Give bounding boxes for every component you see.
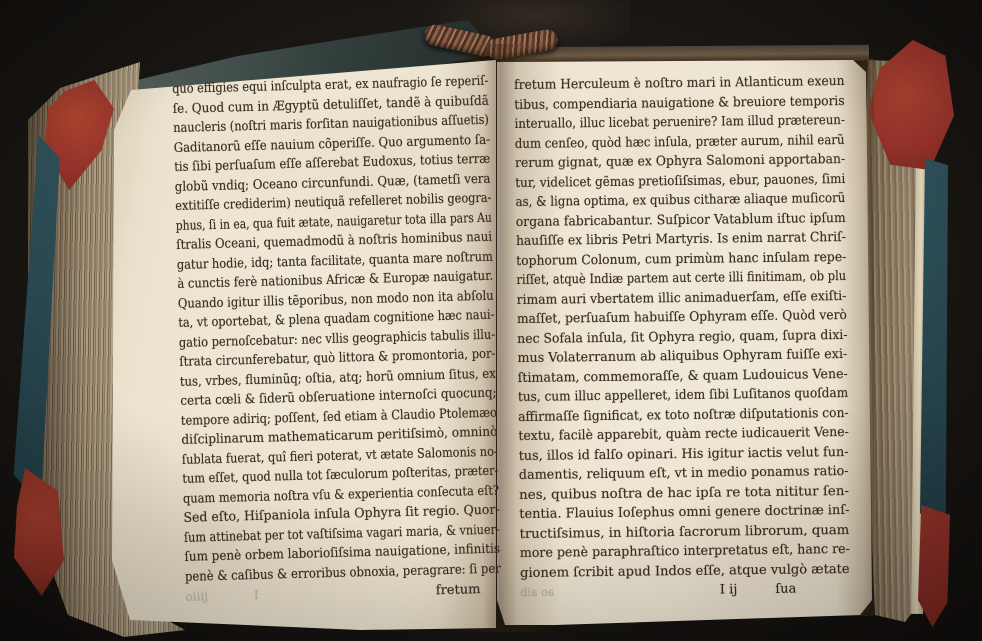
right-page-lines: fretum Herculeum è noſtro mari in Atlant… — [514, 72, 850, 583]
left-page-lines: quo effigies equi inſculpta erat, ex nau… — [172, 72, 501, 587]
right-catchword: ſua — [775, 579, 850, 600]
text-line: gionem ſcribit apud Indos eſſe, atque vu… — [520, 559, 850, 583]
photo-of-open-book: quo effigies equi inſculpta erat, ex nau… — [0, 0, 982, 641]
right-page-footer: ao aib I ij ſua — [520, 579, 850, 603]
cover-corner-red-bottom-right — [918, 505, 950, 627]
left-press-figure: I — [254, 585, 259, 605]
right-page-text-block: fretum Herculeum è noſtro mari in Atlant… — [514, 72, 850, 603]
show-through-mark: ao aib — [520, 583, 554, 603]
left-page-text-block: quo effigies equi inſculpta erat, ex nau… — [172, 72, 502, 607]
left-catchword: fretum — [436, 580, 502, 602]
right-signature-mark: I ij — [720, 580, 738, 600]
left-signature-mark: oiiij — [185, 586, 208, 607]
